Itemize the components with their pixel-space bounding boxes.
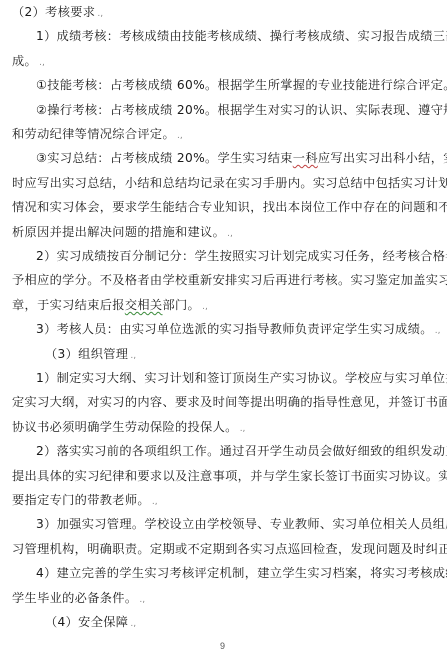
- line-text: ①技能考核：占考核成绩 60%。根据学生所掌握的专业技能进行综合评定。: [36, 78, 447, 92]
- line-text: 1）制定实习大纲、实习计划和签订顶岗生产实习协议。学校应与实习单位共同制: [36, 371, 447, 385]
- line-text: （3）组织管理: [45, 347, 128, 361]
- paragraph-mark: .,: [227, 229, 233, 239]
- spelling-flag[interactable]: 一科: [293, 151, 318, 165]
- line-text: 4）建立完善的学生实习考核评定机制，建立学生实习档案，将实习考核成绩作为: [36, 566, 447, 580]
- line-text: ②操行考核：占考核成绩 20%。根据学生对实习的认识、实际表现、遵守规章制度: [36, 103, 447, 117]
- text-line: 予相应的学分。不及格者由学校重新安排实习后再进行考核。实习鉴定加盖实习单位印: [12, 268, 447, 292]
- text-line: 章，于实习结束后报交相关部门。.,: [12, 293, 208, 317]
- text-line: 2）实习成绩按百分制记分：学生按照实习计划完成实习任务，经考核合格者，给: [36, 244, 447, 268]
- line-text: 析原因并提出解决问题的措施和建议。: [12, 225, 225, 239]
- grammar-flag[interactable]: 交相关: [125, 298, 163, 312]
- paragraph-mark: .,: [435, 326, 441, 336]
- heading-3: （3）组织管理.,: [45, 342, 136, 366]
- text-line: 成。.,: [12, 49, 45, 73]
- line-text: 3）加强实习管理。学校设立由学校领导、专业教师、实习单位相关人员组成的实: [36, 517, 447, 531]
- text-line: 4）建立完善的学生实习考核评定机制，建立学生实习档案，将实习考核成绩作为: [36, 561, 447, 585]
- text-line: 提出具体的实习纪律和要求以及注意事项，并与学生家长签订书面实习协议。实习单位: [12, 464, 447, 488]
- line-text: （2）考核要求: [12, 5, 95, 19]
- line-text: 部门。: [162, 298, 200, 312]
- line-text: 1）成绩考核：考核成绩由技能考核成绩、操行考核成绩、实习报告成绩三部分组: [36, 29, 447, 43]
- line-text: 2）实习成绩按百分制记分：学生按照实习计划完成实习任务，经考核合格者，给: [36, 249, 447, 263]
- page-number: 9: [220, 641, 225, 651]
- paragraph-mark: .,: [240, 424, 246, 434]
- text-line: 1）制定实习大纲、实习计划和签订顶岗生产实习协议。学校应与实习单位共同制: [36, 366, 447, 390]
- heading-2: （2）考核要求.,: [12, 0, 103, 24]
- line-text: 章，于实习结束后报: [12, 298, 125, 312]
- line-text: 和劳动纪律等情况综合评定。: [12, 127, 175, 141]
- paragraph-mark: .,: [202, 302, 208, 312]
- line-text: 定实习大纲，对实习的内容、要求及时间等提出明确的指导性意见，并签订书面协议，: [12, 395, 447, 409]
- line-text: 提出具体的实习纪律和要求以及注意事项，并与学生家长签订书面实习协议。实习单位: [12, 469, 447, 483]
- line-text: 应写出实习出科小结，实习结束: [318, 151, 447, 165]
- text-line: ③实习总结：占考核成绩 20%。学生实习结束一科应写出实习出科小结，实习结束: [36, 146, 447, 170]
- text-line: ②操行考核：占考核成绩 20%。根据学生对实习的认识、实际表现、遵守规章制度: [36, 98, 447, 122]
- text-line: 和劳动纪律等情况综合评定。.,: [12, 122, 183, 146]
- line-text: ③实习总结：占考核成绩 20%。学生实习结束: [36, 151, 293, 165]
- text-line: 要指定专门的带教老师。.,: [12, 488, 158, 512]
- paragraph-mark: .,: [130, 351, 136, 361]
- line-text: 要指定专门的带教老师。: [12, 493, 150, 507]
- line-text: 予相应的学分。不及格者由学校重新安排实习后再进行考核。实习鉴定加盖实习单位印: [12, 273, 447, 287]
- text-line: 2）落实实习前的各项组织工作。通过召开学生动员会做好细致的组织发动工作，: [36, 439, 447, 463]
- text-line: 协议书必须明确学生劳动保险的投保人。.,: [12, 415, 245, 439]
- text-line: 时应写出实习总结，小结和总结均记录在实习手册内。实习总结中包括实习计划的执行: [12, 171, 447, 195]
- text-line: 定实习大纲，对实习的内容、要求及时间等提出明确的指导性意见，并签订书面协议，: [12, 390, 447, 414]
- line-text: 2）落实实习前的各项组织工作。通过召开学生动员会做好细致的组织发动工作，: [36, 444, 447, 458]
- text-line: 3）考核人员：由实习单位选派的实习指导教师负责评定学生实习成绩。.,: [36, 317, 441, 341]
- paragraph-mark: .,: [97, 9, 103, 19]
- paragraph-mark: .,: [39, 58, 45, 68]
- paragraph-mark: .,: [130, 619, 136, 629]
- text-line: ①技能考核：占考核成绩 60%。根据学生所掌握的专业技能进行综合评定。.,: [36, 73, 447, 97]
- line-text: 3）考核人员：由实习单位选派的实习指导教师负责评定学生实习成绩。: [36, 322, 433, 336]
- line-text: 协议书必须明确学生劳动保险的投保人。: [12, 420, 238, 434]
- text-line: 3）加强实习管理。学校设立由学校领导、专业教师、实习单位相关人员组成的实: [36, 512, 447, 536]
- paragraph-mark: .,: [139, 595, 145, 605]
- paragraph-mark: .,: [152, 497, 158, 507]
- line-text: 成。: [12, 54, 37, 68]
- text-line: 学生毕业的必备条件。.,: [12, 586, 145, 610]
- line-text: 情况和实习体会，要求学生能结合专业知识，找出本岗位工作中存在的问题和不足，分: [12, 200, 447, 214]
- heading-4: （4）安全保障.,: [45, 610, 136, 634]
- text-line: 情况和实习体会，要求学生能结合专业知识，找出本岗位工作中存在的问题和不足，分: [12, 195, 447, 219]
- text-line: 析原因并提出解决问题的措施和建议。.,: [12, 220, 233, 244]
- text-line: 1）成绩考核：考核成绩由技能考核成绩、操行考核成绩、实习报告成绩三部分组: [36, 24, 447, 48]
- line-text: 时应写出实习总结，小结和总结均记录在实习手册内。实习总结中包括实习计划的执行: [12, 176, 447, 190]
- line-text: 学生毕业的必备条件。: [12, 591, 137, 605]
- line-text: （4）安全保障: [45, 615, 128, 629]
- paragraph-mark: .,: [177, 131, 183, 141]
- text-line: 习管理机构，明确职责。定期或不定期到各实习点巡回检查，发现问题及时纠正。.,: [12, 537, 447, 561]
- line-text: 习管理机构，明确职责。定期或不定期到各实习点巡回检查，发现问题及时纠正。: [12, 542, 447, 556]
